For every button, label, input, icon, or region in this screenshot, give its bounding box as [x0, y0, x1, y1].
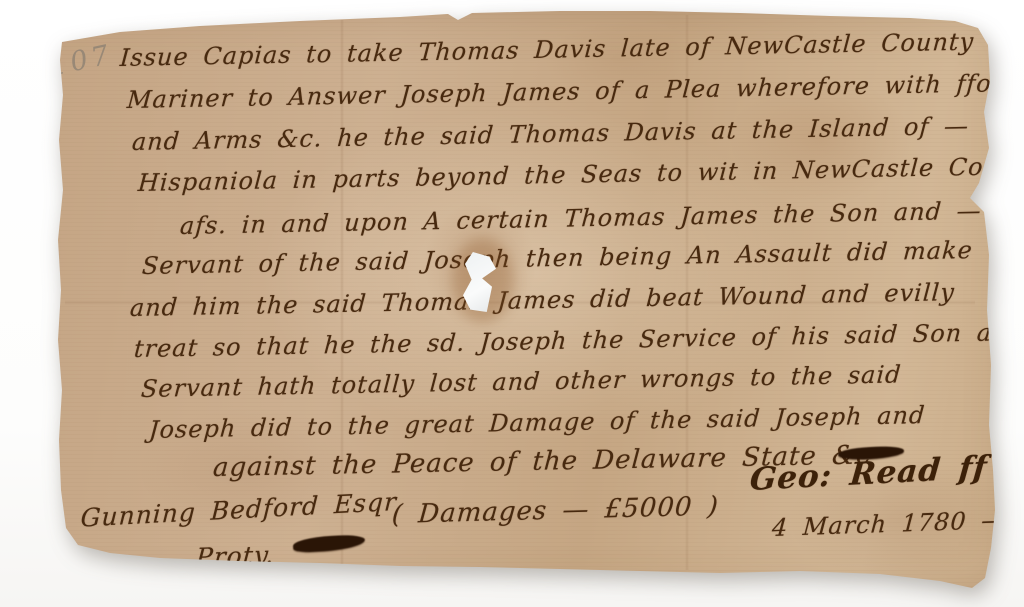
- manuscript-line: afs. in and upon A certain Thomas James …: [179, 197, 983, 240]
- addressee-line: To Gunning Bedford Esqr: [33, 487, 397, 535]
- damages-note: ( Damages — £5000 ): [391, 491, 720, 530]
- photo-background: 107 Issue Capias to take Thomas Davis la…: [0, 0, 1024, 607]
- manuscript-line: Servant hath totally lost and other wron…: [140, 360, 902, 403]
- manuscript-line: treat so that he the sd. Joseph the Serv…: [133, 318, 1024, 363]
- paper-shadow: 107 Issue Capias to take Thomas Davis la…: [0, 0, 1024, 607]
- manuscript-line: and Arms &c. he the said Thomas Davis at…: [131, 112, 970, 156]
- manuscript-line: and him the said Thomas James did beat W…: [129, 278, 956, 322]
- pencil-note: 107: [47, 39, 116, 83]
- manuscript-line: Hispaniola in parts beyond the Seas to w…: [137, 152, 1024, 197]
- manuscript-line: Servant of the said Joseph then being An…: [141, 236, 974, 280]
- manuscript-line: Mariner to Answer Joseph James of a Plea…: [126, 68, 1024, 114]
- manuscript-paper: 107 Issue Capias to take Thomas Davis la…: [0, 0, 1024, 607]
- addressee-line: Proty.: [195, 540, 276, 572]
- manuscript-line: Issue Capias to take Thomas Davis late o…: [119, 28, 975, 72]
- manuscript-line: Joseph did to the great Damage of the sa…: [148, 401, 926, 444]
- date-line: 4 March 1780 —: [771, 506, 1007, 542]
- ink-blot: [293, 534, 366, 553]
